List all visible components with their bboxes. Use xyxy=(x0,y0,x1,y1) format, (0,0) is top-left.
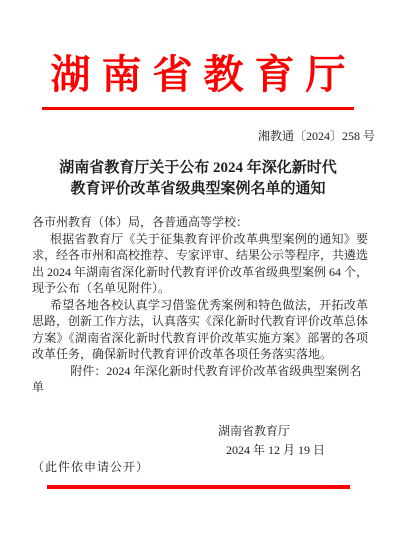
letterhead-title: 湖南省教育厅 xyxy=(0,0,396,97)
notice-title: 湖南省教育厅关于公布 2024 年深化新时代 教育评价改革省级典型案例名单的通知 xyxy=(0,158,396,200)
doc-number: 湘教通〔2024〕258 号 xyxy=(0,129,375,144)
signature-date: 2024 年 12 月 19 日 xyxy=(32,442,368,459)
paragraph-1: 根据省教育厅《关于征集教育评价改革典型案例的通知》要求，经各市州和高校推荐、专家… xyxy=(32,231,368,297)
notice-body: 各市州教育（体）局，各普通高等学校： 根据省教育厅《关于征集教育评价改革典型案例… xyxy=(32,214,368,475)
paragraph-2: 希望各地各校认真学习借鉴优秀案例和特色做法，开拓改革思路，创新工作方法，认真落实… xyxy=(32,297,368,363)
notice-title-line2: 教育评价改革省级典型案例名单的通知 xyxy=(70,181,325,197)
disclosure-note: （此件依申请公开） xyxy=(32,459,368,476)
red-separator-bottom xyxy=(47,485,350,489)
red-separator-top xyxy=(42,107,354,110)
notice-title-line1: 湖南省教育厅关于公布 2024 年深化新时代 xyxy=(59,160,337,176)
attachment-line: 附件：2024 年深化新时代教育评价改革省级典型案例名单 xyxy=(32,363,368,396)
salutation: 各市州教育（体）局，各普通高等学校： xyxy=(32,214,368,231)
signature-agency: 湖南省教育厅 xyxy=(32,423,368,440)
document-page: 湖南省教育厅 湘教通〔2024〕258 号 湖南省教育厅关于公布 2024 年深… xyxy=(0,0,396,553)
